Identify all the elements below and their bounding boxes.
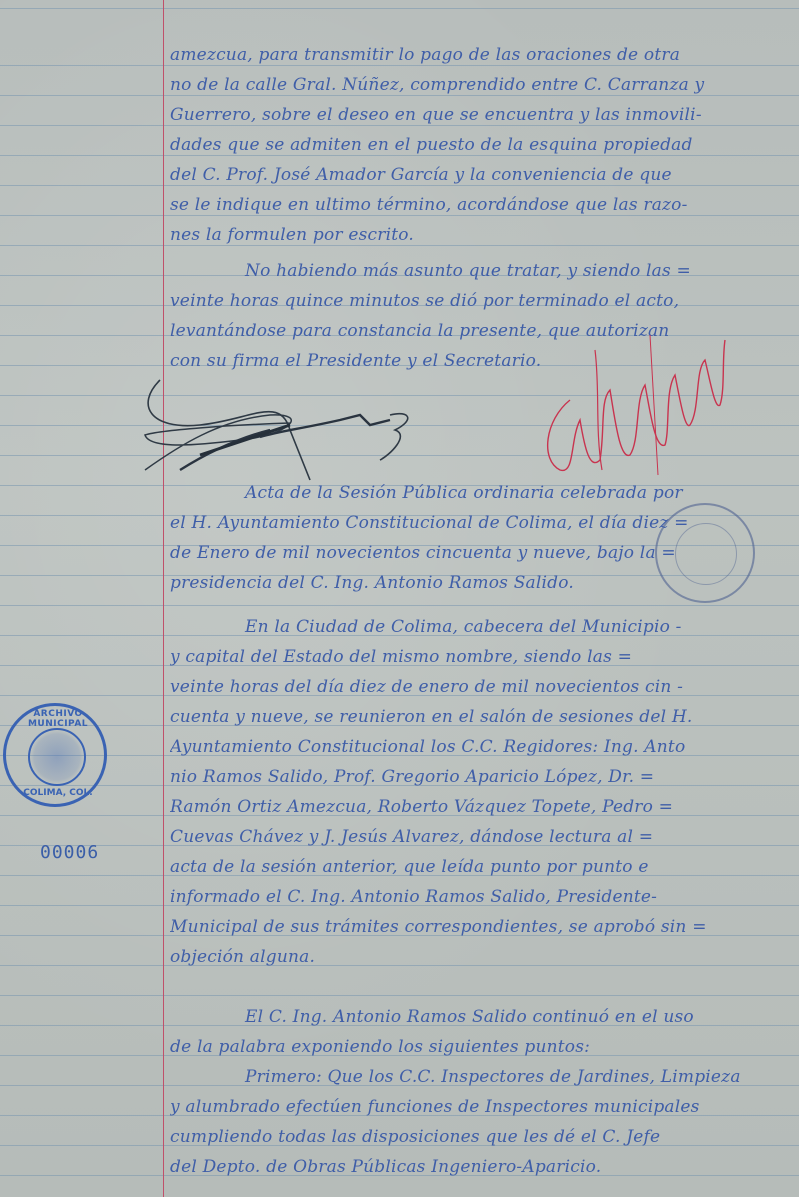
text-line: de Enero de mil novecientos cincuenta y …: [170, 538, 795, 568]
folio-number: 00006: [40, 842, 99, 863]
paragraph-4: En la Ciudad de Colima, cabecera del Mun…: [170, 612, 795, 972]
text-line: El C. Ing. Antonio Ramos Salido continuó…: [170, 1002, 795, 1032]
text-line: cumpliendo todas las disposiciones que l…: [170, 1122, 795, 1152]
text-line: se le indique en ultimo término, acordán…: [170, 190, 795, 220]
paragraph-6: Primero: Que los C.C. Inspectores de Jar…: [170, 1062, 795, 1182]
text-line: cuenta y nueve, se reunieron en el salón…: [170, 702, 795, 732]
text-line: y capital del Estado del mismo nombre, s…: [170, 642, 795, 672]
text-line: del Depto. de Obras Públicas Ingeniero-A…: [170, 1152, 795, 1182]
text-line: nes la formulen por escrito.: [170, 220, 795, 250]
text-line: veinte horas del día diez de enero de mi…: [170, 672, 795, 702]
text-line: amezcua, para transmitir lo pago de las …: [170, 40, 795, 70]
text-line: Cuevas Chávez y J. Jesús Alvarez, dándos…: [170, 822, 795, 852]
text-line: Guerrero, sobre el deseo en que se encue…: [170, 100, 795, 130]
text-line: Primero: Que los C.C. Inspectores de Jar…: [170, 1062, 795, 1092]
text-line: el H. Ayuntamiento Constitucional de Col…: [170, 508, 795, 538]
text-line: presidencia del C. Ing. Antonio Ramos Sa…: [170, 568, 795, 598]
text-line: objeción alguna.: [170, 942, 795, 972]
text-line: Ramón Ortiz Amezcua, Roberto Vázquez Top…: [170, 792, 795, 822]
paragraph-1: amezcua, para transmitir lo pago de las …: [170, 40, 795, 250]
text-line: En la Ciudad de Colima, cabecera del Mun…: [170, 612, 795, 642]
paragraph-5: El C. Ing. Antonio Ramos Salido continuó…: [170, 1002, 795, 1062]
text-line: veinte horas quince minutos se dió por t…: [170, 286, 795, 316]
text-line: acta de la sesión anterior, que leída pu…: [170, 852, 795, 882]
document-page: ARCHIVO MUNICIPAL COLIMA, COL. 00006 ame…: [0, 0, 799, 1197]
text-line: informado el C. Ing. Antonio Ramos Salid…: [170, 882, 795, 912]
text-line: dades que se admiten en el puesto de la …: [170, 130, 795, 160]
text-line: nio Ramos Salido, Prof. Gregorio Aparici…: [170, 762, 795, 792]
text-line: y alumbrado efectúen funciones de Inspec…: [170, 1092, 795, 1122]
text-line: Acta de la Sesión Pública ordinaria cele…: [170, 478, 795, 508]
text-line: de la palabra exponiendo los siguientes …: [170, 1032, 795, 1062]
text-line: del C. Prof. José Amador García y la con…: [170, 160, 795, 190]
red-margin-line: [163, 0, 164, 1197]
text-line: Ayuntamiento Constitucional los C.C. Reg…: [170, 732, 795, 762]
stamp-top-text: ARCHIVO MUNICIPAL: [16, 709, 100, 729]
signature-president-icon: [140, 375, 450, 485]
text-line: Municipal de sus trámites correspondient…: [170, 912, 795, 942]
archive-stamp: ARCHIVO MUNICIPAL COLIMA, COL.: [3, 703, 107, 807]
paragraph-3: Acta de la Sesión Pública ordinaria cele…: [170, 478, 795, 598]
stamp-seal-icon: [28, 728, 86, 786]
stamp-bottom-text: COLIMA, COL.: [18, 788, 98, 798]
text-line: No habiendo más asunto que tratar, y sie…: [170, 256, 795, 286]
signature-secretary-red-icon: [540, 330, 730, 475]
text-line: no de la calle Gral. Núñez, comprendido …: [170, 70, 795, 100]
